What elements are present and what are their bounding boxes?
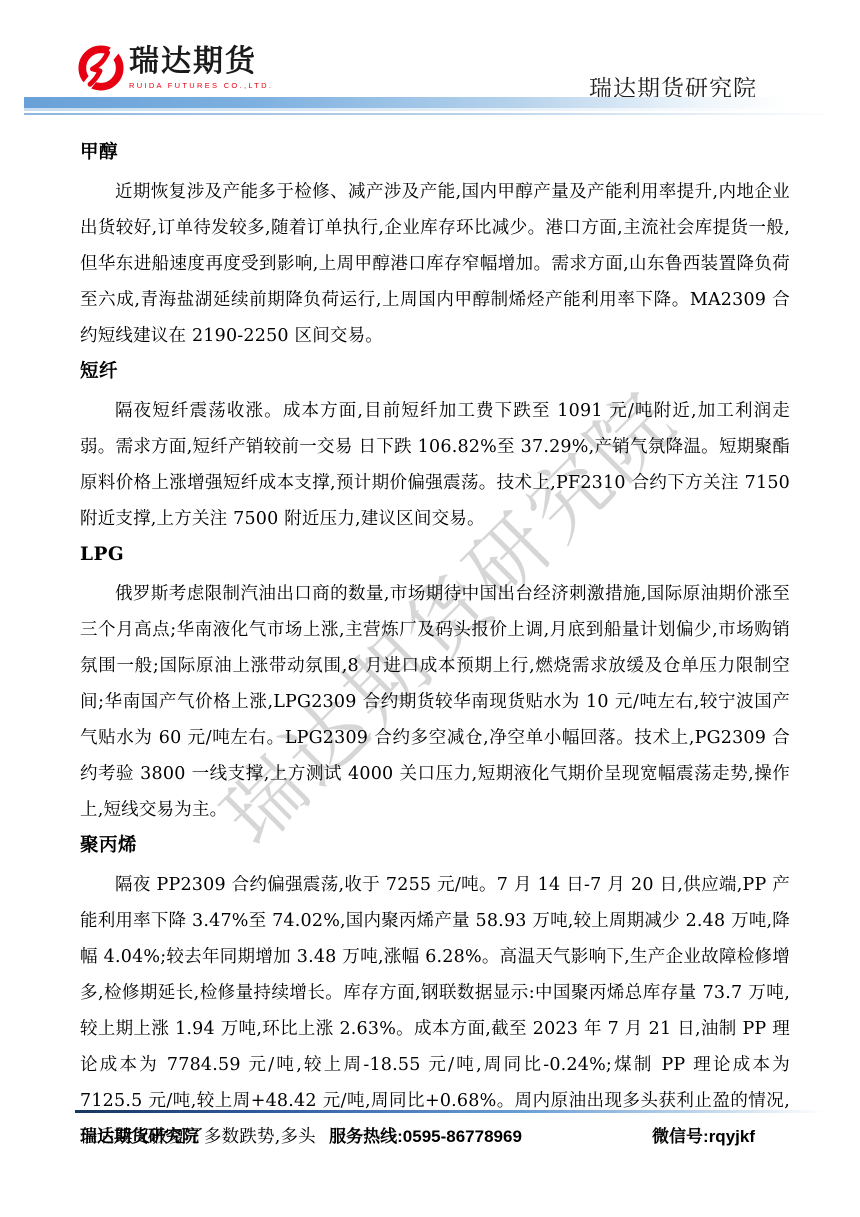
header-divider-strip xyxy=(24,108,790,111)
footer-wechat: 微信号:rqyjkf xyxy=(652,1122,755,1147)
ruida-logo: 瑞达期货 RUIDA FUTURES CO.,LTD. xyxy=(78,45,273,91)
section-heading-lpg: LPG xyxy=(80,543,790,566)
logo-text: 瑞达期货 RUIDA FUTURES CO.,LTD. xyxy=(129,45,273,90)
section-heading-polypropylene: 聚丙烯 xyxy=(80,834,790,857)
section-body-lpg: 俄罗斯考虑限制汽油出口商的数量,市场期待中国出台经济刺激措施,国际原油期价涨至三… xyxy=(80,576,790,828)
report-body: 甲醇 近期恢复涉及产能多于检修、减产涉及产能,国内甲醇产量及产能利用率提升,内地… xyxy=(80,141,790,1155)
brand-name: 瑞达期货 xyxy=(129,45,273,79)
footer-org: 瑞达期货研究院 xyxy=(80,1122,199,1147)
section-body-methanol: 近期恢复涉及产能多于检修、减产涉及产能,国内甲醇产量及产能利用率提升,内地企业出… xyxy=(80,174,790,354)
footer-wechat-id: rqyjkf xyxy=(709,1127,755,1146)
footer-hotline-label: 服务热线: xyxy=(329,1127,403,1146)
ruida-logo-icon xyxy=(78,45,124,91)
header-divider-bar xyxy=(24,97,790,108)
footer-divider-line xyxy=(75,1110,825,1113)
footer: 瑞达期货研究院 服务热线:0595-86778969 微信号:rqyjkf xyxy=(80,1122,755,1147)
brand-subtitle: RUIDA FUTURES CO.,LTD. xyxy=(129,81,273,90)
section-body-short-fiber: 隔夜短纤震荡收涨。成本方面,目前短纤加工费下跌至 1091 元/吨附近,加工利润… xyxy=(80,393,790,537)
header-divider-line xyxy=(24,113,840,115)
footer-hotline-number: 0595-86778969 xyxy=(403,1127,522,1146)
section-heading-short-fiber: 短纤 xyxy=(80,360,790,383)
footer-hotline: 服务热线:0595-86778969 xyxy=(329,1122,522,1147)
section-heading-methanol: 甲醇 xyxy=(80,141,790,164)
report-page: 瑞达期货 RUIDA FUTURES CO.,LTD. 瑞达期货研究院 瑞达期货… xyxy=(0,0,860,1217)
footer-wechat-label: 微信号: xyxy=(652,1127,709,1146)
